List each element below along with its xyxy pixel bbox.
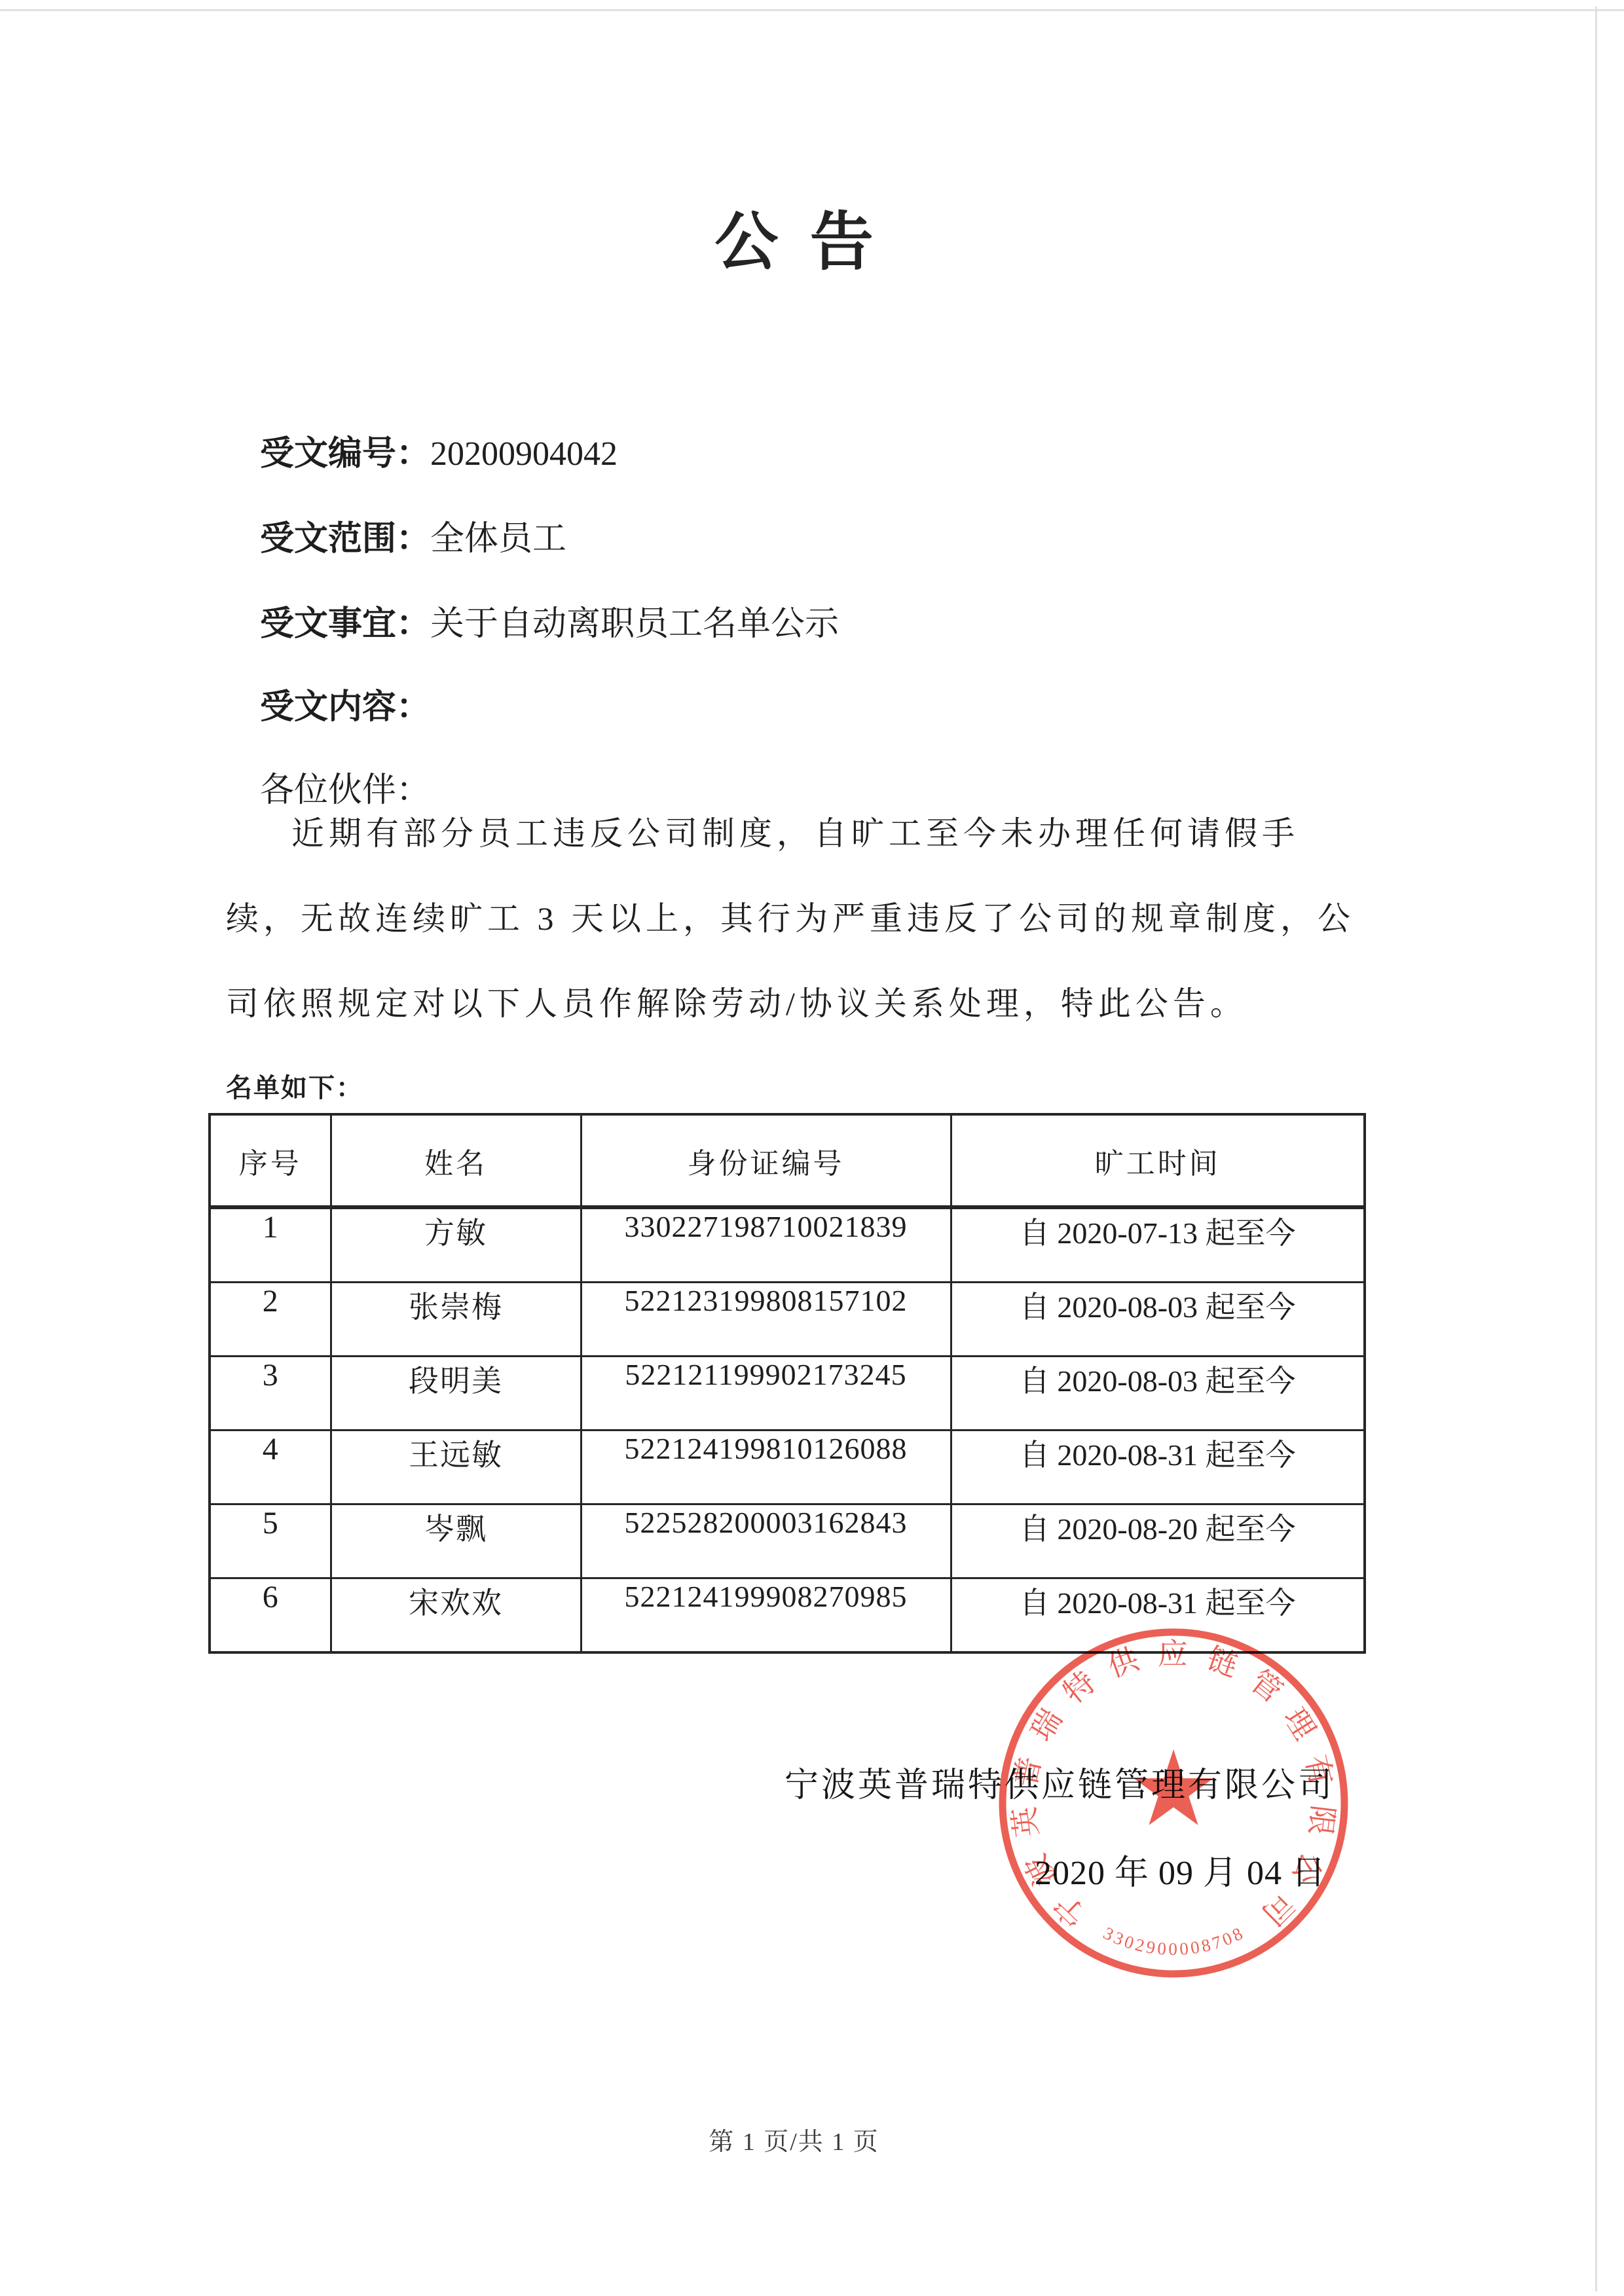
seal-serial-text: 3302900008708: [1100, 1923, 1246, 1959]
cell-no: 4: [210, 1430, 331, 1504]
header-id-number: 身份证编号: [581, 1114, 951, 1207]
header-no: 序号: [210, 1114, 331, 1207]
scan-edge-artifact-right: [1595, 7, 1597, 2291]
cell-name: 王远敏: [331, 1430, 581, 1504]
page-number-footer: 第 1 页/共 1 页: [223, 2121, 1365, 2157]
announcement-document: 公 告 受文编号：20200904042 受文范围：全体员工 受文事宜：关于自动…: [0, 0, 1624, 2296]
field-content-label: 受文内容：: [260, 689, 430, 726]
cell-name: 张崇梅: [331, 1283, 581, 1357]
seal-star-icon: [1134, 1749, 1213, 1825]
body-line-3: 司依照规定对以下人员作解除劳动/协议关系处理，特此公告。: [226, 984, 1378, 1023]
cell-id-number: 522124199810126088: [581, 1430, 951, 1504]
cell-no: 3: [210, 1357, 331, 1430]
cell-absence-period: 自 2020-08-03 起至今: [951, 1357, 1365, 1430]
seal-serial-textpath: 3302900008708: [1100, 1923, 1246, 1959]
cell-name: 宋欢欢: [331, 1578, 581, 1653]
table-row: 5 岑飘 522528200003162843 自 2020-08-20 起至今: [210, 1504, 1365, 1578]
body-line-1: 近期有部分员工违反公司制度，自旷工至今未办理任何请假手: [226, 814, 1378, 853]
cell-name: 岑飘: [331, 1504, 581, 1578]
cell-no: 5: [210, 1504, 331, 1578]
dismissed-employees-table: 序号 姓名 身份证编号 旷工时间 1 方敏 330227198710021839…: [208, 1113, 1366, 1654]
salutation-text: 各位伙伴：: [260, 772, 430, 809]
cell-name: 段明美: [331, 1357, 581, 1430]
cell-no: 1: [210, 1207, 331, 1283]
cell-id-number: 330227198710021839: [581, 1207, 951, 1283]
scan-edge-artifact-top: [0, 9, 1624, 11]
header-name: 姓名: [331, 1114, 581, 1207]
cell-absence-period: 自 2020-08-31 起至今: [951, 1430, 1365, 1504]
table-row: 1 方敏 330227198710021839 自 2020-07-13 起至今: [210, 1207, 1365, 1283]
header-absence-period: 旷工时间: [951, 1114, 1365, 1207]
cell-no: 2: [210, 1283, 331, 1357]
cell-id-number: 522528200003162843: [581, 1504, 951, 1578]
cell-name: 方敏: [331, 1207, 581, 1283]
page-title: 公 告: [223, 208, 1365, 278]
cell-absence-period: 自 2020-08-20 起至今: [951, 1504, 1365, 1578]
field-scope-label: 受文范围：: [260, 520, 430, 558]
cell-no: 6: [210, 1578, 331, 1653]
field-subject-label: 受文事宜：: [260, 606, 430, 643]
cell-absence-period: 自 2020-07-13 起至今: [951, 1207, 1365, 1283]
field-doc-number-label: 受文编号：: [260, 435, 430, 473]
field-doc-number-value: 20200904042: [430, 435, 618, 473]
body-line-2: 续，无故连续旷工 3 天以上，其行为严重违反了公司的规章制度，公: [226, 899, 1378, 938]
company-seal-stamp: 宁波英普瑞特供应链管理有限公司 3302900008708: [990, 1620, 1357, 1986]
field-subject-value: 关于自动离职员工名单公示: [430, 606, 839, 643]
table-header-row: 序号 姓名 身份证编号 旷工时间: [210, 1114, 1365, 1207]
cell-absence-period: 自 2020-08-03 起至今: [951, 1283, 1365, 1357]
cell-id-number: 522121199902173245: [581, 1357, 951, 1430]
field-scope-value: 全体员工: [430, 520, 566, 558]
list-intro: 名单如下：: [226, 1067, 363, 1104]
cell-id-number: 522123199808157102: [581, 1283, 951, 1357]
table-row: 4 王远敏 522124199810126088 自 2020-08-31 起至…: [210, 1430, 1365, 1504]
table-row: 3 段明美 522121199902173245 自 2020-08-03 起至…: [210, 1357, 1365, 1430]
cell-id-number: 522124199908270985: [581, 1578, 951, 1653]
table-row: 2 张崇梅 522123199808157102 自 2020-08-03 起至…: [210, 1283, 1365, 1357]
